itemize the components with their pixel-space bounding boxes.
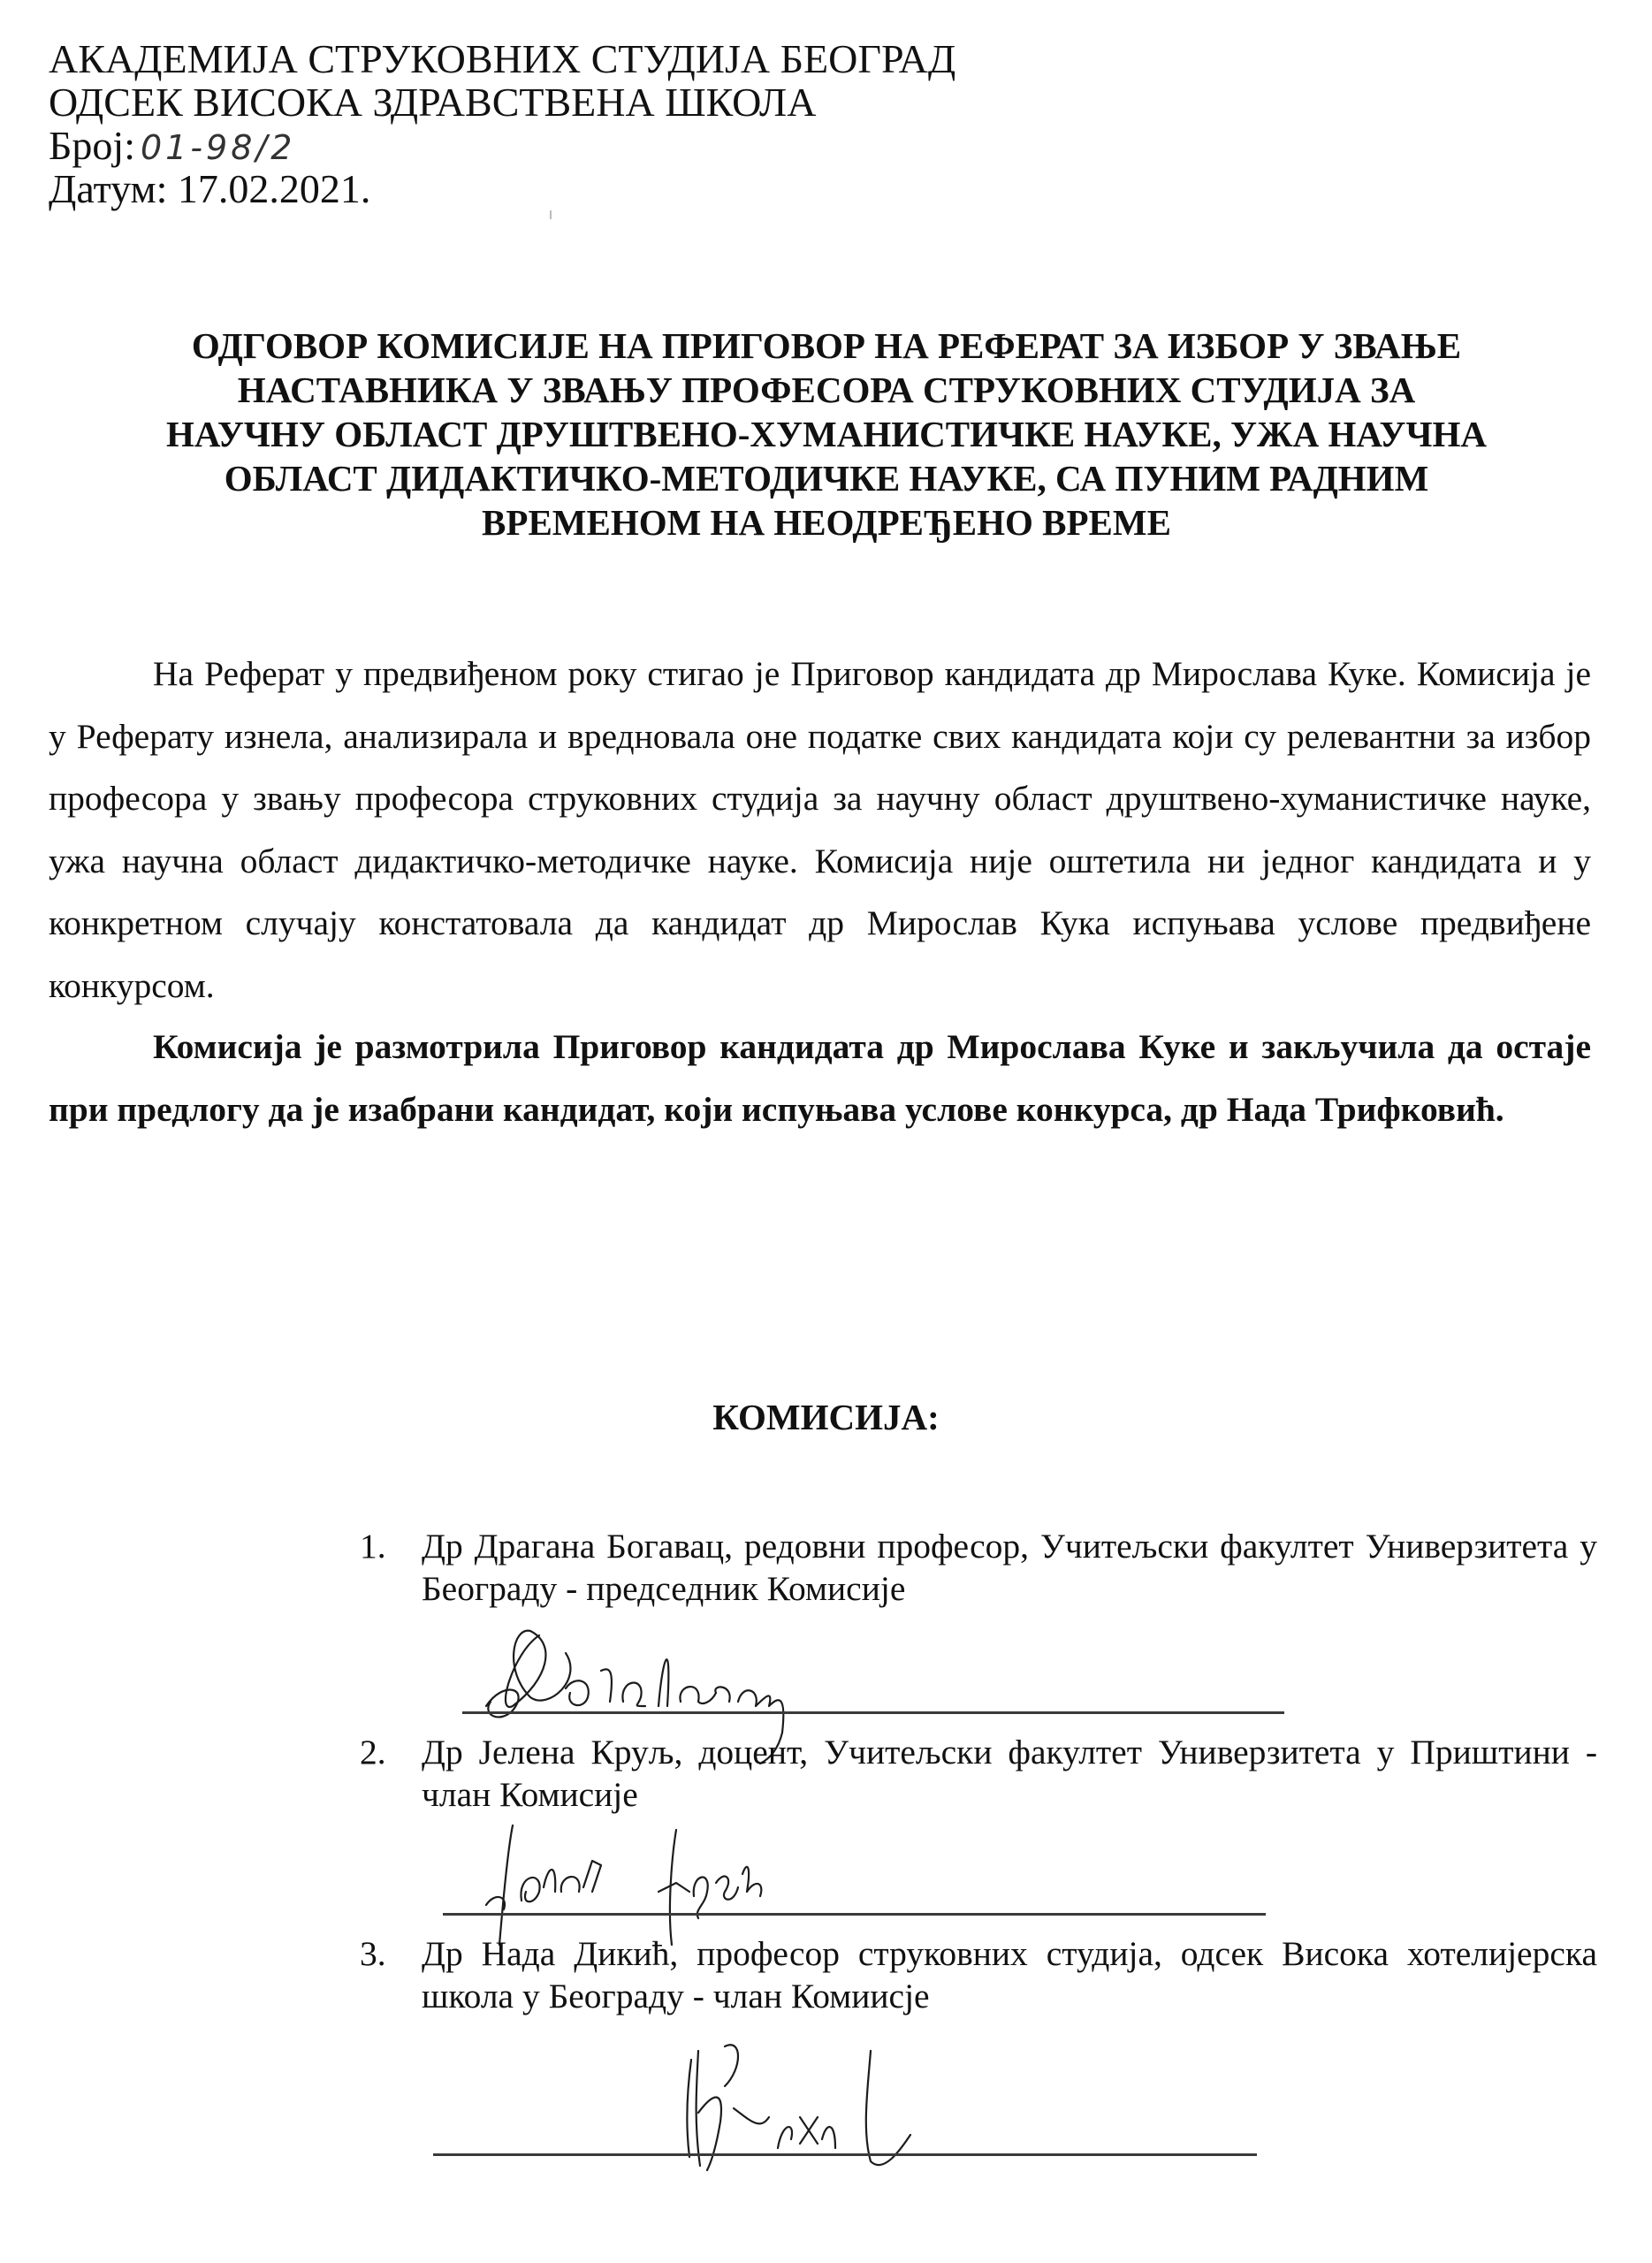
signature-line	[462, 1711, 1284, 1714]
document-date: Датум: 17.02.2021.	[49, 167, 370, 210]
signature-line	[443, 1913, 1266, 1916]
date-label: Датум:	[49, 166, 167, 211]
commission-member: 1. Др Драгана Богавац, редовни професор,…	[360, 1525, 1597, 1610]
number-label: Број:	[49, 123, 135, 168]
commission-heading: КОМИСИЈА:	[0, 1395, 1652, 1439]
title-line: НАСТАВНИКА У ЗВАЊУ ПРОФЕСОРА СТРУКОВНИХ …	[53, 368, 1600, 412]
member-description: Др Драгана Богавац, редовни професор, Уч…	[422, 1525, 1597, 1610]
scan-speck	[550, 210, 552, 219]
handwritten-number: 01-98/2	[141, 128, 295, 167]
institution-name: АКАДЕМИЈА СТРУКОВНИХ СТУДИЈА БЕОГРАД	[49, 37, 955, 80]
title-line: ВРЕМЕНОМ НА НЕОДРЕЂЕНО ВРЕМЕ	[53, 500, 1600, 545]
document-title: ОДГОВОР КОМИСИЈЕ НА ПРИГОВОР НА РЕФЕРАТ …	[53, 324, 1600, 545]
member-number: 3.	[360, 1932, 386, 1975]
member-description: Др Нада Дикић, професор струковних студи…	[422, 1932, 1597, 2017]
body-paragraph: На Реферат у предвиђеном року стигао је …	[49, 643, 1591, 1017]
member-description: Др Јелена Круљ, доцент, Учитељски факулт…	[422, 1731, 1597, 1816]
conclusion-paragraph: Комисија је размотрила Приговор кандидат…	[49, 1016, 1591, 1140]
commission-member: 2. Др Јелена Круљ, доцент, Учитељски фак…	[360, 1731, 1597, 1816]
member-number: 1.	[360, 1525, 386, 1567]
title-line: НАУЧНУ ОБЛАСТ ДРУШТВЕНО-ХУМАНИСТИЧКЕ НАУ…	[53, 412, 1600, 456]
title-line: ОДГОВОР КОМИСИЈЕ НА ПРИГОВОР НА РЕФЕРАТ …	[53, 324, 1600, 368]
date-value: 17.02.2021.	[178, 166, 371, 211]
document-number: Број:01-98/2	[49, 124, 295, 170]
department-name: ОДСЕК ВИСОКА ЗДРАВСТВЕНА ШКОЛА	[49, 80, 816, 124]
signature-line	[433, 2153, 1257, 2156]
member-number: 2.	[360, 1731, 386, 1773]
commission-member: 3. Др Нада Дикић, професор струковних ст…	[360, 1932, 1597, 2017]
title-line: ОБЛАСТ ДИДАКТИЧКО-МЕТОДИЧКЕ НАУКЕ, СА ПУ…	[53, 456, 1600, 500]
